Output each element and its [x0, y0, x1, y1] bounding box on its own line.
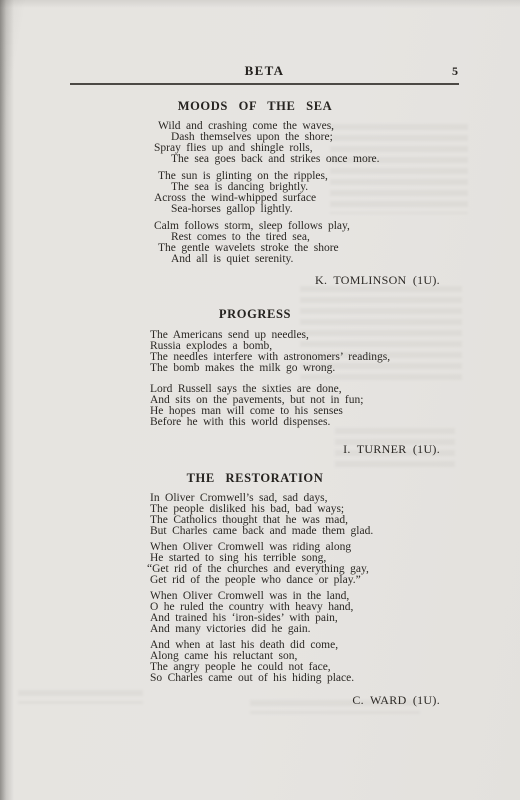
- poem-line: Get rid of the people who dance or play.…: [150, 575, 445, 586]
- stanza: Wild and crashing come the waves, Dash t…: [65, 121, 445, 165]
- page-number: 5: [452, 64, 458, 79]
- stanza: The sun is glinting on the ripples, The …: [65, 171, 445, 215]
- stanza: In Oliver Cromwell’s sad, sad days, The …: [65, 493, 445, 537]
- poem-author: I. TURNER (1U).: [65, 443, 445, 455]
- magazine-page: BETA 5 MOODS OF THE SEA Wild and crashin…: [0, 0, 520, 800]
- poem-author: C. WARD (1U).: [65, 694, 445, 706]
- poem-line: So Charles came out of his hiding place.: [150, 673, 445, 684]
- poem-title: PROGRESS: [65, 308, 445, 321]
- stanza: When Oliver Cromwell was riding along He…: [65, 542, 445, 586]
- stanza: And when at last his death did come, Alo…: [65, 640, 445, 684]
- poem-line: The bomb makes the milk go wrong.: [150, 363, 445, 374]
- stanza: The Americans send up needles, Russia ex…: [65, 330, 445, 374]
- poem-author: K. TOMLINSON (1U).: [65, 274, 445, 286]
- stanza: Lord Russell says the sixties are done, …: [65, 384, 445, 428]
- stanza: Calm follows storm, sleep follows play, …: [65, 221, 445, 265]
- page-content: MOODS OF THE SEA Wild and crashing come …: [65, 0, 445, 800]
- poem-line: But Charles came back and made them glad…: [150, 526, 445, 537]
- poem-line: Before he with this world dispenses.: [150, 417, 445, 428]
- poem-title: THE RESTORATION: [65, 472, 445, 485]
- stanza: When Oliver Cromwell was in the land, O …: [65, 591, 445, 635]
- poem-line: Sea-horses gallop lightly.: [158, 204, 445, 215]
- poem-line: And all is quiet serenity.: [158, 254, 445, 265]
- poem-title: MOODS OF THE SEA: [65, 100, 445, 113]
- poem-line: The sea goes back and strikes once more.: [158, 154, 445, 165]
- poem-line: And many victories did he gain.: [150, 624, 445, 635]
- scan-edge-shadow: [0, 0, 14, 800]
